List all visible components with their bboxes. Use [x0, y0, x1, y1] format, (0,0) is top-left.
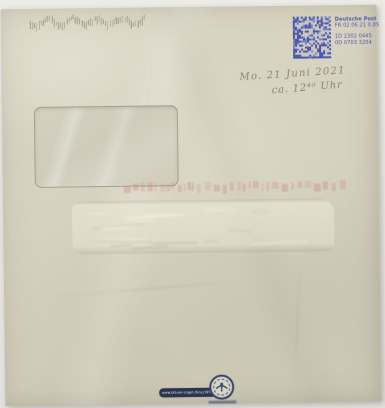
postage-frank: Deutsche Post FR 02.06.21 0,85 1D 2302 0…	[291, 13, 378, 68]
address-window	[34, 105, 179, 188]
handwritten-time: ca. 12⁴⁰ Uhr	[271, 80, 343, 97]
eco-label-text: www.blauer-engel.de/uz195	[159, 390, 191, 395]
envelope: Deutsche Post FR 02.06.21 0,85 1D 2302 0…	[1, 5, 382, 407]
envelope-photo: Deutsche Post FR 02.06.21 0,85 1D 2302 0…	[0, 0, 385, 408]
frank-meter-line: FR 02.06.21 0,85	[335, 22, 378, 29]
emblem-figure-icon	[211, 377, 232, 398]
blauer-engel-emblem-icon	[209, 374, 234, 399]
dot-matrix-sorting-imprint-icon	[122, 178, 352, 194]
paper-crease	[44, 278, 263, 298]
crumpled-band	[72, 198, 335, 254]
emblem-caption-mark	[208, 400, 236, 403]
wavy-cancellation-marks-icon	[30, 11, 148, 32]
frank-id-line2: 0D 0703 3204	[335, 39, 378, 46]
paper-crease	[294, 256, 301, 386]
frank-matrix-code-icon	[293, 16, 332, 58]
frank-text: Deutsche Post FR 02.06.21 0,85 1D 2302 0…	[335, 16, 379, 46]
